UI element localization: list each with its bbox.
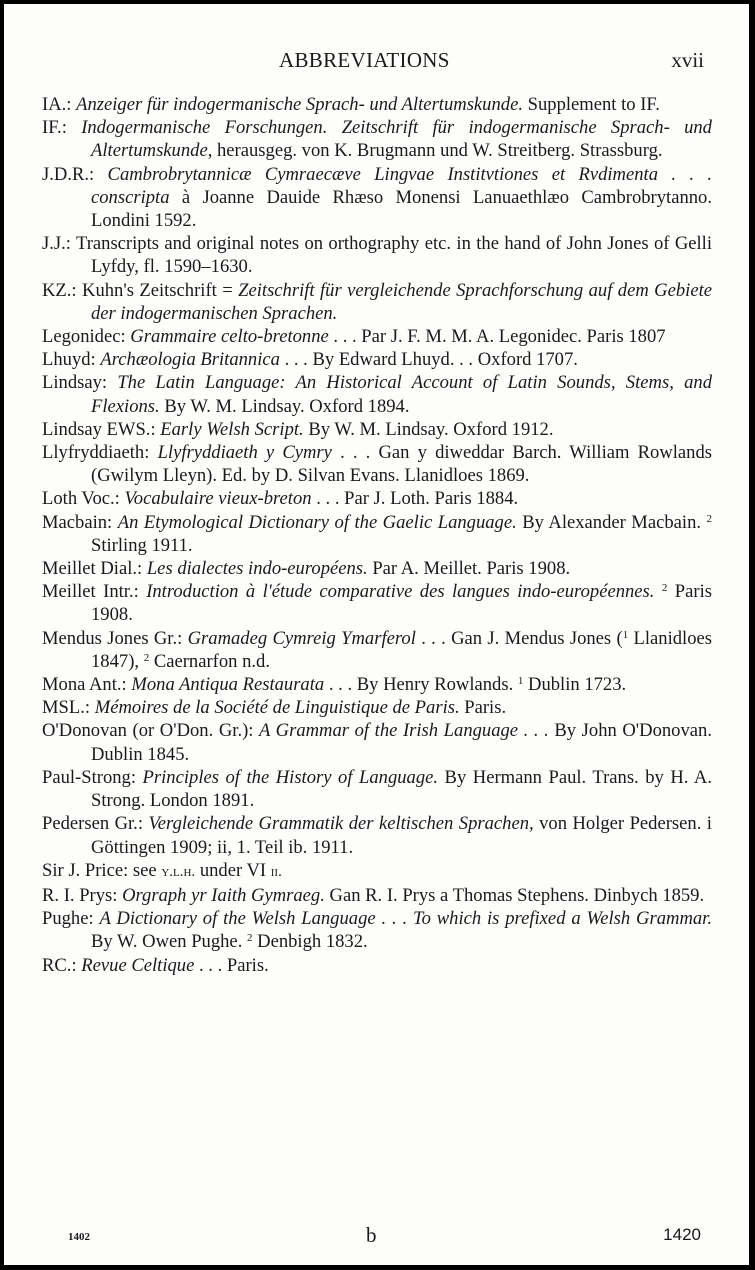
abbreviation-entry: RC.: Revue Celtique . . . Paris. (42, 954, 712, 977)
abbreviation-entry: MSL.: Mémoires de la Société de Linguist… (42, 696, 712, 719)
citation-text: . . . Paris. (194, 955, 268, 976)
work-title: Archæologia Britannica (100, 349, 280, 370)
abbreviation-term: Paul-Strong: (42, 767, 136, 788)
citation-text: Paris. (460, 697, 506, 718)
work-title: Vergleichende Grammatik der keltischen S… (148, 813, 533, 834)
citation-text: Caernarfon n.d. (149, 651, 270, 672)
edition-superscript: 2 (707, 513, 713, 525)
work-title: Anzeiger für indogermanische Sprach- und… (76, 94, 523, 115)
running-head: ABBREVIATIONS xvii (4, 48, 749, 74)
work-title: Early Welsh Script. (160, 419, 303, 440)
work-title: Introduction à l'étude comparative des l… (146, 581, 654, 602)
signature-mark: b (366, 1223, 377, 1248)
work-title: Gramadeg Cymreig Ymarferol (188, 628, 416, 649)
abbreviation-term: Lindsay EWS.: (42, 419, 156, 440)
citation-text: . . . Par J. F. M. M. A. Legonidec. Pari… (329, 326, 666, 347)
abbreviation-term: J.J.: (42, 233, 71, 254)
citation-text: . . . By Edward Lhuyd. . . Oxford 1707. (280, 349, 578, 370)
citation-text: By W. M. Lindsay. Oxford 1894. (160, 396, 410, 417)
abbreviation-term: MSL.: (42, 697, 90, 718)
abbreviation-term: Mona Ant.: (42, 674, 127, 695)
citation-text: see (133, 860, 161, 881)
scan-page-number: 1420 (663, 1225, 701, 1245)
work-title: Orgraph yr Iaith Gymraeg. (122, 885, 325, 906)
abbreviation-term: Loth Voc.: (42, 488, 120, 509)
abbreviation-entry: Paul-Strong: Principles of the History o… (42, 766, 712, 812)
citation-text: By Alexander Macbain. (517, 512, 707, 533)
abbreviation-entry: Llyfryddiaeth: Llyfryddiaeth y Cymry . .… (42, 441, 712, 487)
abbreviation-term: Lhuyd: (42, 349, 96, 370)
abbreviation-entry: Meillet Dial.: Les dialectes indo-europé… (42, 557, 712, 580)
abbreviation-entry: Loth Voc.: Vocabulaire vieux-breton . . … (42, 487, 712, 510)
abbreviation-term: R. I. Prys: (42, 885, 117, 906)
page-title: ABBREVIATIONS (279, 48, 450, 73)
abbreviation-entry: KZ.: Kuhn's Zeitschrift = Zeitschrift fü… (42, 279, 712, 325)
work-title: Llyfryddiaeth y Cymry (158, 442, 332, 463)
citation-text: Stirling 1911. (91, 535, 193, 556)
abbreviation-term: Pughe: (42, 908, 94, 929)
citation-text: Dublin 1723. (523, 674, 626, 695)
citation-text: à Joanne Dauide Rhæso Monensi Lanuaethlæ… (91, 187, 712, 231)
work-title: A Grammar of the Irish Language . . . (259, 720, 549, 741)
citation-text: By W. M. Lindsay. Oxford 1912. (304, 419, 554, 440)
document-page: ABBREVIATIONS xvii IA.: Anzeiger für ind… (4, 4, 749, 1265)
abbreviation-term: IA.: (42, 94, 71, 115)
work-title: Vocabulaire vieux-breton (124, 488, 311, 509)
abbreviation-term: Mendus Jones Gr.: (42, 628, 182, 649)
abbreviation-term: RC.: (42, 955, 77, 976)
abbreviation-term: Sir J. Price: (42, 860, 128, 881)
work-title: An Etymological Dictionary of the Gaelic… (118, 512, 517, 533)
abbreviation-entry: Pughe: A Dictionary of the Welsh Languag… (42, 907, 712, 953)
work-title: Mémoires de la Société de Linguistique d… (95, 697, 460, 718)
abbreviation-term: KZ.: (42, 280, 77, 301)
abbreviation-term: Meillet Dial.: (42, 558, 142, 579)
work-title: Mona Antiqua Restaurata (131, 674, 324, 695)
citation-text: . . . By Henry Rowlands. (324, 674, 518, 695)
abbreviation-entry: Mona Ant.: Mona Antiqua Restaurata . . .… (42, 673, 712, 696)
abbreviation-term: Lindsay: (42, 372, 107, 393)
abbreviation-term: O'Donovan (or O'Don. Gr.): (42, 720, 253, 741)
small-caps-ref: ii. (271, 864, 282, 880)
abbreviation-entry: Mendus Jones Gr.: Gramadeg Cymreig Ymarf… (42, 627, 712, 673)
small-caps-ref: y.l.h. (161, 864, 195, 880)
abbreviations-list: IA.: Anzeiger für indogermanische Sprach… (42, 93, 712, 977)
citation-text: , herausgeg. von K. Brugmann und W. Stre… (208, 140, 663, 161)
citation-text: Par A. Meillet. Paris 1908. (368, 558, 570, 579)
page-footer: 1402 b 1420 (4, 1225, 749, 1249)
abbreviation-term: Meillet Intr.: (42, 581, 139, 602)
citation-text: . . . Par J. Loth. Paris 1884. (312, 488, 519, 509)
abbreviation-entry: IF.: Indogermanische Forschungen. Zeitsc… (42, 116, 712, 162)
abbreviation-entry: R. I. Prys: Orgraph yr Iaith Gymraeg. Ga… (42, 884, 712, 907)
abbreviation-entry: J.D.R.: Cambrobrytannicæ Cymraecæve Ling… (42, 163, 712, 233)
citation-text: Transcripts and original notes on orthog… (76, 233, 712, 277)
abbreviation-term: J.D.R.: (42, 164, 94, 185)
abbreviation-entry: Pedersen Gr.: Vergleichende Grammatik de… (42, 812, 712, 858)
abbreviation-entry: IA.: Anzeiger für indogermanische Sprach… (42, 93, 712, 116)
print-mark-left: 1402 (68, 1231, 90, 1243)
abbreviation-entry: Lindsay: The Latin Language: An Historic… (42, 371, 712, 417)
work-title: Les dialectes indo-européens. (147, 558, 368, 579)
citation-text: Supplement to IF. (523, 94, 660, 115)
abbreviation-term: Llyfryddiaeth: (42, 442, 149, 463)
citation-text: . . . Gan J. Mendus Jones ( (416, 628, 623, 649)
work-title: Revue Celtique (81, 955, 194, 976)
citation-text (654, 581, 661, 602)
work-title: Principles of the History of Language. (143, 767, 438, 788)
citation-text: under VI (195, 860, 271, 881)
page-number-roman: xvii (671, 48, 704, 73)
abbreviation-term: Pedersen Gr.: (42, 813, 143, 834)
abbreviation-entry: Lindsay EWS.: Early Welsh Script. By W. … (42, 418, 712, 441)
citation-text: Gan R. I. Prys a Thomas Stephens. Dinbyc… (325, 885, 704, 906)
abbreviation-entry: J.J.: Transcripts and original notes on … (42, 232, 712, 278)
work-title: Grammaire celto-bretonne (130, 326, 328, 347)
citation-text: Denbigh 1832. (253, 931, 368, 952)
abbreviation-entry: Macbain: An Etymological Dictionary of t… (42, 511, 712, 557)
abbreviation-term: Legonidec: (42, 326, 126, 347)
abbreviation-term: Macbain: (42, 512, 112, 533)
abbreviation-entry: Meillet Intr.: Introduction à l'étude co… (42, 580, 712, 626)
citation-text: Kuhn's Zeitschrift = (82, 280, 238, 301)
abbreviation-term: IF.: (42, 117, 67, 138)
abbreviation-entry: O'Donovan (or O'Don. Gr.): A Grammar of … (42, 719, 712, 765)
citation-text: By W. Owen Pughe. (91, 931, 247, 952)
abbreviation-entry: Sir J. Price: see y.l.h. under VI ii. (42, 859, 712, 884)
work-title: A Dictionary of the Welsh Language . . .… (100, 908, 712, 929)
abbreviation-entry: Lhuyd: Archæologia Britannica . . . By E… (42, 348, 712, 371)
abbreviation-entry: Legonidec: Grammaire celto-bretonne . . … (42, 325, 712, 348)
